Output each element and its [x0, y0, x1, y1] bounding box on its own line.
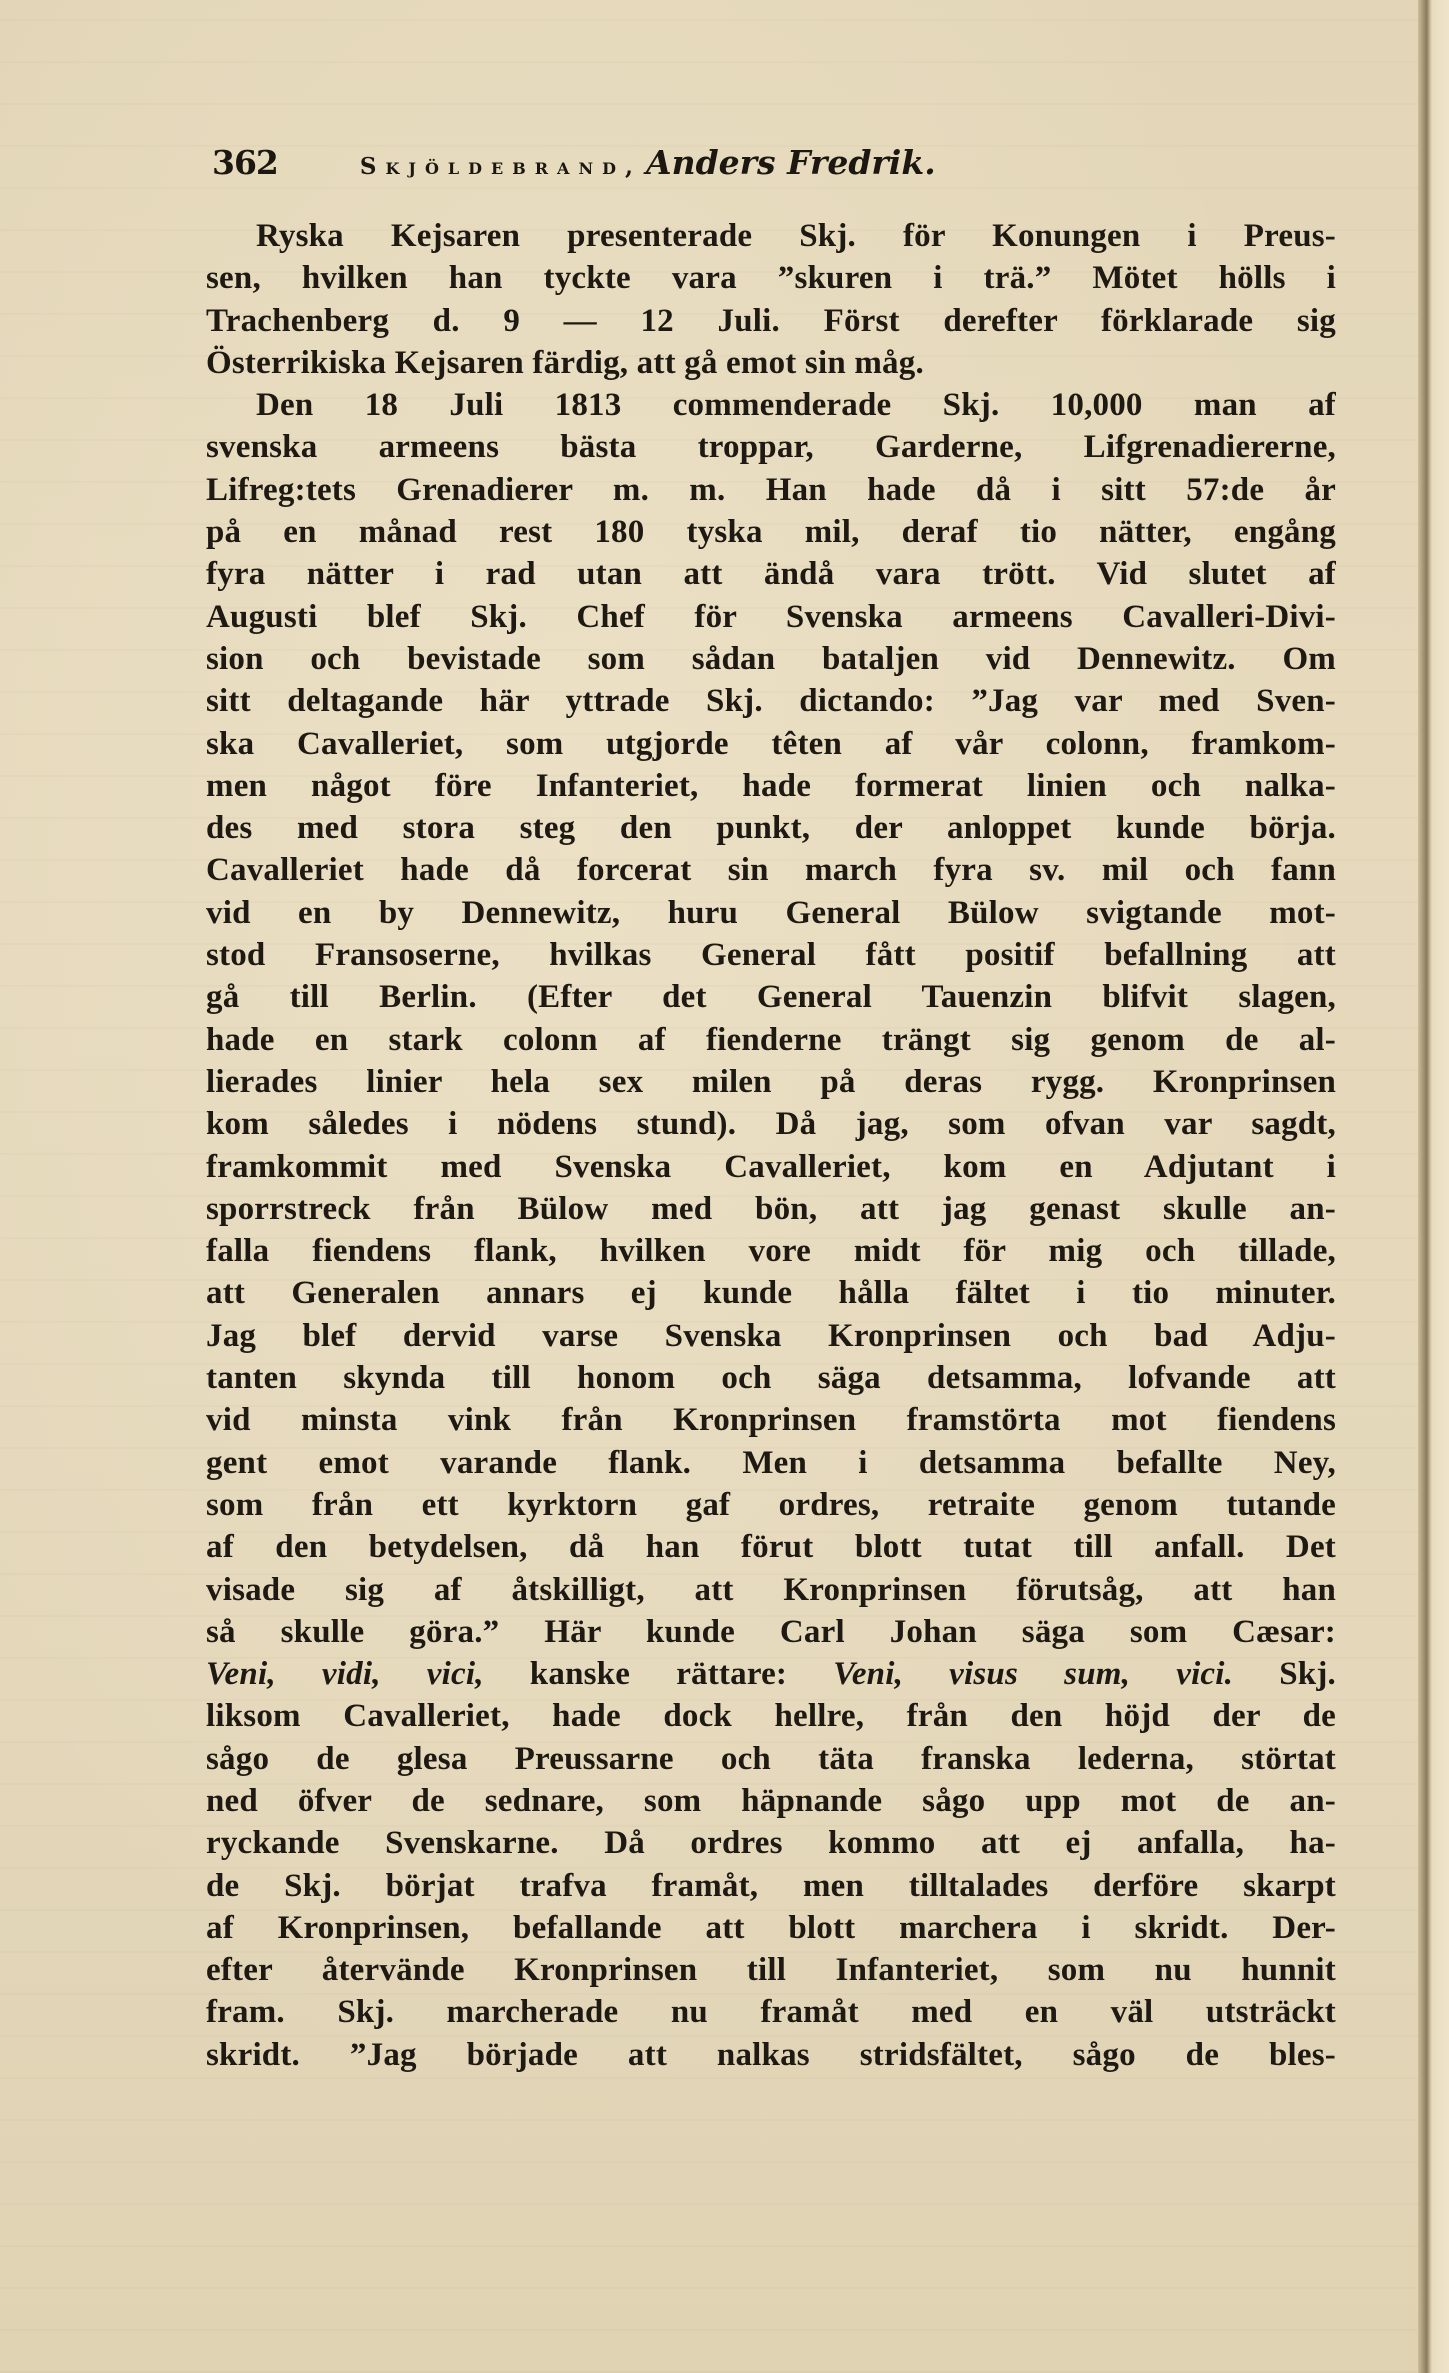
- text-segment: Skj.: [1233, 1656, 1336, 1692]
- text-line-latin-quote: Veni, vidi, vici, kanske rättare: Veni, …: [206, 1653, 1336, 1695]
- text-line: de Skj. börjat trafva framåt, men tillta…: [206, 1865, 1336, 1907]
- text-line: Cavalleriet hade då forcerat sin march f…: [206, 849, 1336, 891]
- text-line: som från ett kyrktorn gaf ordres, retrai…: [206, 1484, 1336, 1526]
- text-line: framkommit med Svenska Cavalleriet, kom …: [206, 1146, 1336, 1188]
- text-line: vid minsta vink från Kronprinsen framstö…: [206, 1399, 1336, 1441]
- text-line: hade en stark colonn af fienderne trängt…: [206, 1019, 1336, 1061]
- text-line: Jag blef dervid varse Svenska Kronprinse…: [206, 1315, 1336, 1357]
- text-line: skridt. ”Jag började att nalkas stridsfä…: [206, 2034, 1336, 2076]
- text-line: så skulle göra.” Här kunde Carl Johan sä…: [206, 1611, 1336, 1653]
- text-line: att Generalen annars ej kunde hålla fält…: [206, 1272, 1336, 1314]
- text-line: ryckande Svenskarne. Då ordres kommo att…: [206, 1822, 1336, 1864]
- latin-phrase-veni-visus-sum-vici: Veni, visus sum, vici.: [833, 1656, 1233, 1692]
- text-line: ska Cavalleriet, som utgjorde têten af v…: [206, 723, 1336, 765]
- text-line: Ryska Kejsaren presenterade Skj. för Kon…: [206, 215, 1336, 257]
- latin-phrase-veni-vidi-vici: Veni, vidi, vici,: [206, 1656, 484, 1692]
- text-line: visade sig af åtskilligt, att Kronprinse…: [206, 1569, 1336, 1611]
- text-line: på en månad rest 180 tyska mil, deraf ti…: [206, 511, 1336, 553]
- text-line: ned öfver de sednare, som häpnande sågo …: [206, 1780, 1336, 1822]
- text-line: Den 18 Juli 1813 commenderade Skj. 10,00…: [206, 384, 1336, 426]
- text-line: men något före Infanteriet, hade formera…: [206, 765, 1336, 807]
- book-page: 362 Skjöldebrand, Anders Fredrik. Ryska …: [0, 0, 1435, 2373]
- page-header: 362 Skjöldebrand, Anders Fredrik.: [212, 143, 1332, 193]
- text-line: liksom Cavalleriet, hade dock hellre, fr…: [206, 1695, 1336, 1737]
- text-line: lierades linier hela sex milen på deras …: [206, 1061, 1336, 1103]
- text-line: Trachenberg d. 9 — 12 Juli. Först dereft…: [206, 300, 1336, 342]
- text-line: fyra nätter i rad utan att ändå vara trö…: [206, 553, 1336, 595]
- running-head-surname: Skjöldebrand,: [360, 153, 642, 180]
- text-line: af den betydelsen, då han förut blott tu…: [206, 1526, 1336, 1568]
- text-line: gent emot varande flank. Men i detsamma …: [206, 1442, 1336, 1484]
- page-number: 362: [212, 143, 278, 182]
- text-line: af Kronprinsen, befallande att blott mar…: [206, 1907, 1336, 1949]
- text-line: tanten skynda till honom och säga detsam…: [206, 1357, 1336, 1399]
- text-line: des med stora steg den punkt, der anlopp…: [206, 807, 1336, 849]
- text-line: Österrikiska Kejsaren färdig, att gå emo…: [206, 342, 1336, 384]
- text-line: sporrstreck från Bülow med bön, att jag …: [206, 1188, 1336, 1230]
- text-line: sågo de glesa Preussarne och täta fransk…: [206, 1738, 1336, 1780]
- text-line: vid en by Dennewitz, huru General Bülow …: [206, 892, 1336, 934]
- text-line: efter återvände Kronprinsen till Infante…: [206, 1949, 1336, 1991]
- text-line: falla fiendens flank, hvilken vore midt …: [206, 1230, 1336, 1272]
- text-line: sion och bevistade som sådan bataljen vi…: [206, 638, 1336, 680]
- body-text: Ryska Kejsaren presenterade Skj. för Kon…: [206, 215, 1336, 2076]
- text-line: fram. Skj. marcherade nu framåt med en v…: [206, 1991, 1336, 2033]
- text-line: stod Fransoserne, hvilkas General fått p…: [206, 934, 1336, 976]
- text-line: gå till Berlin. (Efter det General Tauen…: [206, 976, 1336, 1018]
- text-segment: kanske rättare:: [484, 1656, 834, 1692]
- text-line: sitt deltagande här yttrade Skj. dictand…: [206, 680, 1336, 722]
- text-line: Augusti blef Skj. Chef för Svenska armee…: [206, 596, 1336, 638]
- running-head-given-name: Anders Fredrik.: [646, 143, 936, 182]
- text-line: kom således i nödens stund). Då jag, som…: [206, 1103, 1336, 1145]
- text-line: Lifreg:tets Grenadierer m. m. Han hade d…: [206, 469, 1336, 511]
- text-line: sen, hvilken han tyckte vara ”skuren i t…: [206, 257, 1336, 299]
- text-line: svenska armeens bästa troppar, Garderne,…: [206, 426, 1336, 468]
- page-edge-binding: [1418, 0, 1449, 2373]
